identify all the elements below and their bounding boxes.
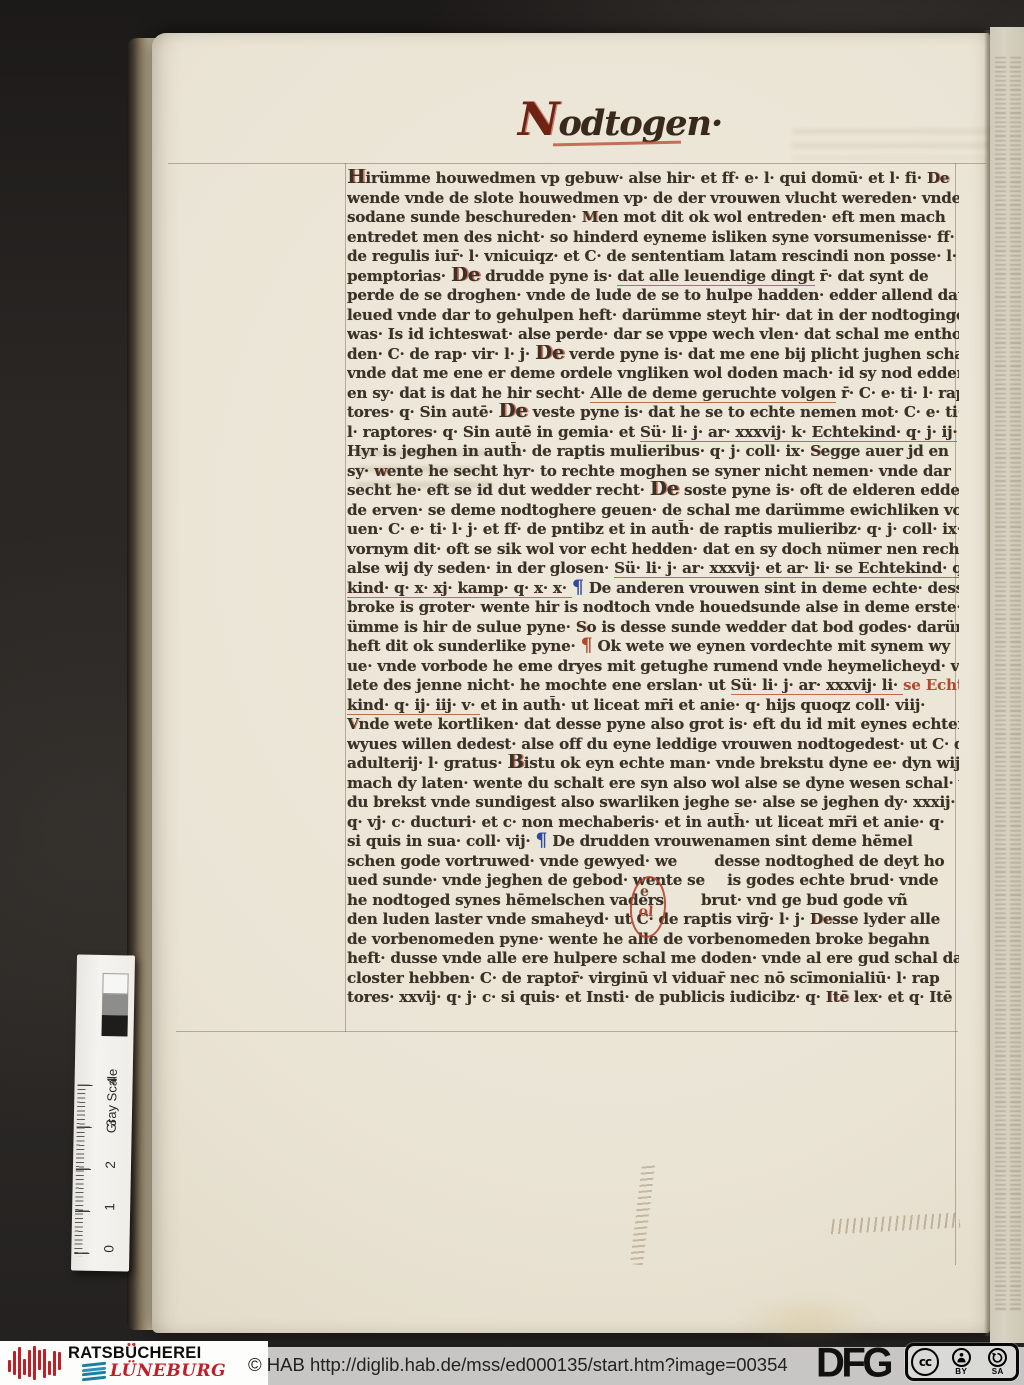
manuscript-text-segment: Itē [826, 988, 849, 1006]
manuscript-text-segment: M [582, 208, 599, 226]
manuscript-text-segment: schen gode vortruwed· vnde gewyed· we [347, 852, 677, 870]
manuscript-text-segment: De anderen vrouwen sint in deme echte· d… [584, 579, 959, 597]
manuscript-line: wyues willen dedest· alse off du eyne le… [347, 735, 959, 755]
manuscript-text-segment: heft dit ok sunderlike pyne· [347, 637, 581, 655]
manuscript-text-segment: q· vj· c· ducturi· et c· non mechaberis·… [347, 813, 944, 831]
manuscript-line: Hyr is jeghen in auth̄· de raptis mulier… [347, 442, 959, 462]
manuscript-text-segment [705, 871, 727, 889]
waves-icon [82, 1363, 106, 1381]
manuscript-line: entredet men des nicht· so hinderd eynem… [347, 228, 959, 248]
manuscript-line: l· raptores· q· Sin autē in gemia· et Sü… [347, 423, 959, 443]
manuscript-line: wende vnde de slote houwedmen vp· de der… [347, 189, 959, 209]
manuscript-text-segment: is godes echte brud· vnde [727, 871, 938, 889]
ruled-frame-line-left [345, 163, 346, 1032]
manuscript-line: perde de se droghen· vnde de lude de se … [347, 286, 959, 306]
manuscript-text-segment: vornym dit· oft se sik wol vor echt hedd… [347, 540, 959, 558]
manuscript-text-segment: De [927, 169, 949, 187]
manuscript-line: den· C· de rap· vir· l· j· De verde pyne… [347, 345, 959, 365]
manuscript-line: pemptorias· De drudde pyne is· dat alle … [347, 267, 959, 287]
manuscript-text-segment: kind· q· ij· iij· v· [347, 696, 480, 715]
manuscript-text-segment: S [576, 618, 587, 636]
manuscript-line: uen· C· e· ti· l· j· et ff· de pntibz et… [347, 520, 959, 540]
manuscript-text-segment: Sü· li· j· ar· xxxvij· et ar· li· se Ech… [614, 559, 959, 578]
dfg-logo: DFG [816, 1340, 890, 1385]
manuscript-text-segment: Ok wete we eynen vordechte mit synem wy [592, 637, 950, 655]
manuscript-text-segment: nde wete kortliken· dat desse pyne also … [359, 715, 959, 733]
ruler-number: 4 [105, 1077, 120, 1085]
manuscript-text-segment: l· raptores· q· Sin autē in gemia· et [347, 423, 640, 441]
manuscript-text-segment: du brekst vnde sundigest also swarliken … [347, 793, 955, 811]
manuscript-text-segment: mach dy laten· wente du schalt ere syn a… [347, 774, 959, 792]
manuscript-text-segment: H [347, 169, 365, 188]
library-name-umlaut: Ü [125, 1344, 137, 1362]
gray-scale-square-white [102, 973, 128, 994]
manuscript-text-segment: ¶ [581, 637, 593, 656]
library-logo: RATSBÜCHEREI LÜNEBURG [0, 1341, 268, 1385]
manuscript-line: ue· vnde vorbode he eme dryes mit getugh… [347, 657, 959, 677]
manuscript-text-segment: r̄· C· e· ti· l· rap [836, 384, 959, 402]
manuscript-line: closter hebben· C· de raptor̄· virginū v… [347, 969, 959, 989]
manuscript-line: was· Is id ichteswat· alse perde· dar se… [347, 325, 959, 345]
manuscript-text-segment: sy· [347, 462, 374, 480]
manuscript-text-segment: drudde pyne is· [480, 267, 617, 285]
manuscript-text-segment: pemptorias· [347, 267, 451, 285]
manuscript-line: en sy· dat is dat he hir secht· Alle de … [347, 384, 959, 404]
library-logo-text: RATSBÜCHEREI LÜNEBURG [68, 1345, 226, 1380]
manuscript-line: si quis in sua· coll· vij· ¶ De drudden … [347, 832, 959, 852]
manuscript-text-segment: veste pyne is· dat he se to echte nemen … [528, 403, 959, 421]
manuscript-line: tores· q· Sin autē· De veste pyne is· da… [347, 403, 959, 423]
cc-sa-arrow-icon [988, 1348, 1007, 1367]
manuscript-text-segment: De [535, 345, 564, 364]
manuscript-line: broke is groter· wente hir is nodtoch vn… [347, 598, 959, 618]
copyright-text: © HAB http://diglib.hab.de/mss/ed000135/… [248, 1354, 788, 1376]
manuscript-text-segment: Alle de deme geruchte volgen [590, 384, 836, 403]
facing-page-edge [990, 27, 1024, 1343]
manuscript-text-segment: wende vnde de slote houwedmen vp· de der… [347, 189, 959, 207]
manuscript-text-segment: De [810, 910, 832, 928]
manuscript-text-segment: Hyr is jeghen in auth̄· de raptis mulier… [347, 442, 810, 460]
bleed-through-top [792, 129, 1002, 159]
manuscript-text-segment: closter hebben· C· de raptor̄· virginū v… [347, 969, 940, 987]
manuscript-line: sy· wente he secht hyr· to rechte moghen… [347, 462, 959, 482]
manuscript-line: tores· xxvij· q· j· c· si quis· et Insti… [347, 988, 959, 1008]
manuscript-text-segment: perde de se droghen· vnde de lude de se … [347, 286, 959, 304]
manuscript-text-segment: r̄· dat synt de [815, 267, 929, 285]
manuscript-text-segment: was· Is id ichteswat· alse perde· dar se… [347, 325, 959, 343]
manuscript-text-segment: vnde dat me ene er deme ordele vngliken … [347, 364, 959, 382]
ruled-frame-line-top [168, 163, 986, 164]
manuscript-line: ümme is hir de sulue pyne· So is desse s… [347, 618, 959, 638]
ruler-number: 0 [101, 1245, 116, 1253]
manuscript-text-segment: ¶ [572, 579, 584, 598]
manuscript-line: schen gode vortruwed· vnde gewyed· we de… [347, 852, 959, 872]
manuscript-line: du brekst vnde sundigest also swarliken … [347, 793, 959, 813]
manuscript-text-segment: lex· et q· Itē [849, 988, 953, 1006]
manuscript-line: secht he· eft se id dut wedder recht· De… [347, 481, 959, 501]
library-name-part: CHEREI [137, 1344, 201, 1362]
facing-page-text-column [1010, 57, 1021, 1313]
manuscript-text-segment: uen· C· e· ti· l· j· et ff· de pntibz et… [347, 520, 959, 538]
manuscript-line: mach dy laten· wente du schalt ere syn a… [347, 774, 959, 794]
manuscript-text-segment: den luden laster vnde smaheyd· ut C· de … [347, 910, 810, 928]
manuscript-text-segment: den· C· de rap· vir· l· j· [347, 345, 535, 363]
manuscript-text-segment: egge auer jd en [821, 442, 949, 460]
scan-photo: Nodtogen· Hirümme houwedmen vp gebuw· al… [0, 0, 1024, 1385]
manuscript-text-segment: lete des jenne nicht· he mochte ene ersl… [347, 676, 731, 694]
manuscript-text-segment: desse nodtoghed de deyt ho [714, 852, 944, 870]
ruler-number: 1 [102, 1203, 117, 1211]
ruler-number: 2 [103, 1161, 118, 1169]
manuscript-text-segment: alse wij dy seden· in der glosen· [347, 559, 614, 577]
manuscript-line: sodane sunde beschureden· Men mot dit ok… [347, 208, 959, 228]
manuscript-text-segment: de erven· se deme nodtoghere geuen· de s… [347, 501, 959, 519]
manuscript-text-segment: dat alle leuendige dingt [617, 267, 814, 286]
ruler-ticks [74, 1085, 93, 1257]
manuscript-text-segment: V [347, 715, 359, 733]
cc-by-group: BY [943, 1348, 980, 1376]
manuscript-line: vornym dit· oft se sik wol vor echt hedd… [347, 540, 959, 560]
manuscript-text-segment: kind· q· x· xj· kamp· q· x· x· [347, 579, 572, 598]
gray-scale-squares [101, 973, 128, 1036]
manuscript-text-segment: tores· xxvij· q· j· c· si quis· et Insti… [347, 988, 826, 1006]
manuscript-text-segment: en sy· dat is dat he hir secht· [347, 384, 590, 402]
manuscript-text-segment: B [507, 754, 523, 773]
cc-icon: cc [911, 1348, 939, 1376]
manuscript-text-segment: si quis in sua· coll· vij· [347, 832, 535, 850]
manuscript-line: de regulis iur̄· l· vnicuiqz· et C· de s… [347, 247, 959, 267]
manuscript-text-segment: et in auth̄· ut liceat mr̄i et anie· q· … [480, 696, 925, 714]
manuscript-text-segment: o is desse sunde wedder dat bod godes· d… [586, 618, 959, 636]
manuscript-text-segment: ente he secht hyr· to rechte moghen se s… [387, 462, 951, 480]
manuscript-line: Hirümme houwedmen vp gebuw· alse hir· et… [347, 169, 959, 189]
cc-by-label: BY [955, 1368, 967, 1376]
gray-scale-ruler: Gray Scale 43210 [71, 954, 135, 1271]
manuscript-text-segment: irümme houwedmen vp gebuw· alse hir· et … [365, 169, 926, 187]
manuscript-text-segment: ¶ [535, 832, 547, 851]
manuscript-line: leued vnde dar to gehulpen heft· darümme… [347, 306, 959, 326]
manuscript-line: kind· q· x· xj· kamp· q· x· x· ¶ De ande… [347, 579, 959, 599]
manuscript-text-segment: verde pyne is· dat me ene bij plicht jug… [564, 345, 959, 363]
manuscript-text-segment: w [374, 462, 387, 480]
manuscript-line: de erven· se deme nodtoghere geuen· de s… [347, 501, 959, 521]
manuscript-text-segment: ue· vnde vorbode he eme dryes mit getugh… [347, 657, 959, 675]
page-heading: Nodtogen· [505, 92, 735, 146]
parchment-stain [732, 1295, 882, 1343]
cc-license-badge: cc BY SA [905, 1343, 1019, 1381]
manuscript-text-segment: secht he· eft se id dut wedder recht· [347, 481, 650, 499]
library-city: LÜNEBURG [110, 1363, 226, 1381]
circled-insertion-upper: e [640, 883, 650, 900]
manuscript-text-segment: De [498, 403, 527, 422]
manuscript-line: lete des jenne nicht· he mochte ene ersl… [347, 676, 959, 696]
manuscript-text-segment: de regulis iur̄· l· vnicuiqz· et C· de s… [347, 247, 957, 265]
manuscript-line: Vnde wete kortliken· dat desse pyne also… [347, 715, 959, 735]
ruled-frame-line-bottom [176, 1031, 958, 1032]
manuscript-text-segment: broke is groter· wente hir is nodtoch vn… [347, 598, 959, 616]
cc-sa-label: SA [992, 1368, 1004, 1376]
manuscript-text-segment: adulterij· l· gratus· [347, 754, 507, 772]
manuscript-text-segment: soste pyne is· oft de elderen edder [679, 481, 959, 499]
manuscript-text-segment: se Echte [903, 676, 959, 694]
manuscript-text-segment: sse lyder alle [832, 910, 940, 928]
ruler-numbers: 43210 [101, 1085, 120, 1265]
manuscript-line: vnde dat me ene er deme ordele vngliken … [347, 364, 959, 384]
library-bars-icon [8, 1343, 61, 1383]
circled-insertion-lower: ol [638, 903, 654, 920]
manuscript-line: kind· q· ij· iij· v· et in auth̄· ut lic… [347, 696, 959, 716]
cc-by-person-icon [952, 1348, 971, 1367]
manuscript-text-segment: ümme is hir de sulue pyne· [347, 618, 576, 636]
manuscript-text-segment: istu ok eyn echte man· vnde brekstu dyne… [524, 754, 959, 772]
manuscript-text-segment: Sü· li· j· ar· xxxvij· li· [731, 676, 903, 695]
manuscript-text-segment: he nodtoged synes hēmelschen vaders [347, 891, 664, 909]
manuscript-text-segment: De drudden vrouwenamen sint deme hēmel [547, 832, 912, 850]
manuscript-text-segment: tores· q· Sin autē· [347, 403, 498, 421]
manuscript-line: q· vj· c· ducturi· et c· non mechaberis·… [347, 813, 959, 833]
manuscript-text-segment: De [451, 267, 480, 286]
manuscript-text-segment: wyues willen dedest· alse off du eyne le… [347, 735, 959, 753]
manuscript-text-segment: entredet men des nicht· so hinderd eynem… [347, 228, 955, 246]
manuscript-text-segment: heft· dusse vnde alle ere hulpere schal … [347, 949, 959, 967]
manuscript-line: alse wij dy seden· in der glosen· Sü· li… [347, 559, 959, 579]
manuscript-text-segment: Sü· li· j· ar· xxxvij· k· Echtekind· q· … [640, 423, 958, 442]
manuscript-text-segment [677, 852, 714, 870]
facing-page-text-column [995, 57, 1006, 1313]
gray-scale-square-gray [102, 994, 128, 1015]
cc-sa-group: SA [980, 1348, 1017, 1376]
manuscript-line: adulterij· l· gratus· Bistu ok eyn echte… [347, 754, 959, 774]
gray-scale-square-black [101, 1015, 127, 1036]
library-name-part: RATSB [68, 1344, 125, 1362]
manuscript-line: heft dit ok sunderlike pyne· ¶ Ok wete w… [347, 637, 959, 657]
manuscript-text-segment: brut· vnd ge bud gode vñ [701, 891, 907, 909]
manuscript-line: heft· dusse vnde alle ere hulpere schal … [347, 949, 959, 969]
manuscript-text-segment: sodane sunde beschureden· [347, 208, 582, 226]
manuscript-text-segment [664, 891, 701, 909]
manuscript-text-segment: leued vnde dar to gehulpen heft· darümme… [347, 306, 959, 324]
ruler-number: 3 [104, 1119, 119, 1127]
manuscript-text-segment: De [650, 481, 679, 500]
manuscript-text-segment: S [810, 442, 821, 460]
manuscript-text-segment: en mot dit ok wol entreden· eft men mach [598, 208, 945, 226]
